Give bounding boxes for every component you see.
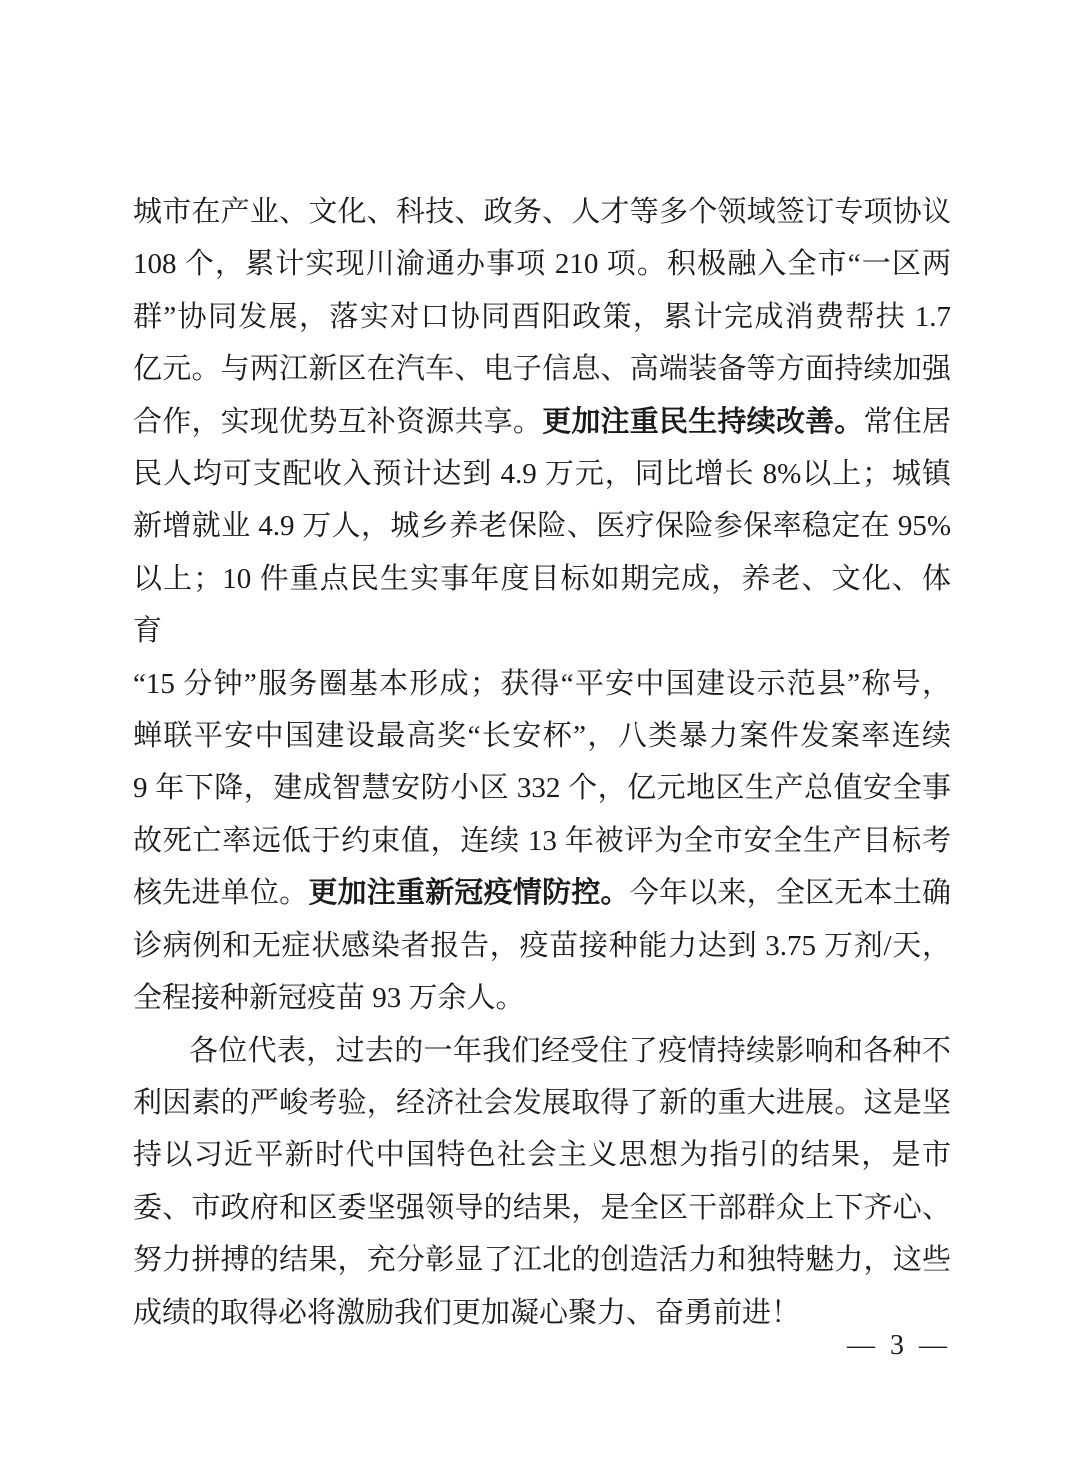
text-run: 亿元。与两江新区在汽车、电子信息、高端装备等方面持续加强 xyxy=(133,353,951,385)
text-run: 利因素的严峻考验，经济社会发展取得了新的重大进展。这是坚 xyxy=(133,1087,951,1119)
bold-text-run: 更加注重新冠疫情防控。 xyxy=(308,877,629,909)
text-line: 亿元。与两江新区在汽车、电子信息、高端装备等方面持续加强 xyxy=(133,343,951,395)
text-line: 核先进单位。更加注重新冠疫情防控。今年以来，全区无本土确 xyxy=(133,867,951,919)
text-run: 努力拼搏的结果，充分彰显了江北的创造活力和独特魅力，这些 xyxy=(133,1244,951,1276)
text-line: 108 个，累计实现川渝通办事项 210 项。积极融入全市“一区两 xyxy=(133,238,951,290)
text-run: 全程接种新冠疫苗 93 万余人。 xyxy=(133,982,525,1014)
text-run: 城市在产业、文化、科技、政务、人才等多个领域签订专项协议 xyxy=(133,196,951,228)
text-run: 常住居 xyxy=(864,406,951,438)
text-line: 蝉联平安中国建设最高奖“长安杯”，八类暴力案件发案率连续 xyxy=(133,710,951,762)
text-line: 故死亡率远低于约束值，连续 13 年被评为全市安全生产目标考 xyxy=(133,815,951,867)
text-run: 蝉联平安中国建设最高奖“长安杯”，八类暴力案件发案率连续 xyxy=(133,720,951,752)
text-line: 利因素的严峻考验，经济社会发展取得了新的重大进展。这是坚 xyxy=(133,1077,951,1129)
text-run: 新增就业 4.9 万人，城乡养老保险、医疗保险参保率稳定在 95% xyxy=(133,510,951,542)
text-line: 新增就业 4.9 万人，城乡养老保险、医疗保险参保率稳定在 95% xyxy=(133,500,951,552)
text-run: 成绩的取得必将激励我们更加凝心聚力、奋勇前进！ xyxy=(133,1297,800,1329)
text-line: 持以习近平新时代中国特色社会主义思想为指引的结果，是市 xyxy=(133,1129,951,1181)
text-run: 民人均可支配收入预计达到 4.9 万元，同比增长 8%以上；城镇 xyxy=(133,458,951,490)
text-run: 108 个，累计实现川渝通办事项 210 项。积极融入全市“一区两 xyxy=(133,248,951,280)
text-run: 持以习近平新时代中国特色社会主义思想为指引的结果，是市 xyxy=(133,1139,951,1171)
text-run: 故死亡率远低于约束值，连续 13 年被评为全市安全生产目标考 xyxy=(133,825,951,857)
text-run: 合作，实现优势互补资源共享。 xyxy=(133,406,542,438)
text-run: 群”协同发展，落实对口协同酉阳政策，累计完成消费帮扶 1.7 xyxy=(133,301,951,333)
page-number: — 3 — xyxy=(133,1330,951,1362)
text-line: 合作，实现优势互补资源共享。更加注重民生持续改善。常住居 xyxy=(133,396,951,448)
text-line: 群”协同发展，落实对口协同酉阳政策，累计完成消费帮扶 1.7 xyxy=(133,291,951,343)
document-page: 城市在产业、文化、科技、政务、人才等多个领域签订专项协议108 个，累计实现川渝… xyxy=(0,0,1074,1458)
text-run: 各位代表，过去的一年我们经受住了疫情持续影响和各种不 xyxy=(189,1035,951,1067)
text-block: 城市在产业、文化、科技、政务、人才等多个领域签订专项协议108 个，累计实现川渝… xyxy=(133,186,951,1339)
text-line: 民人均可支配收入预计达到 4.9 万元，同比增长 8%以上；城镇 xyxy=(133,448,951,500)
text-run: 9 年下降，建成智慧安防小区 332 个，亿元地区生产总值安全事 xyxy=(133,772,951,804)
text-line: 全程接种新冠疫苗 93 万余人。 xyxy=(133,972,951,1024)
text-line: 各位代表，过去的一年我们经受住了疫情持续影响和各种不 xyxy=(133,1025,951,1077)
text-line: “15 分钟”服务圈基本形成；获得“平安中国建设示范县”称号， xyxy=(133,658,951,710)
text-run: 诊病例和无症状感染者报告，疫苗接种能力达到 3.75 万剂/天， xyxy=(133,930,951,962)
text-run: “15 分钟”服务圈基本形成；获得“平安中国建设示范县”称号， xyxy=(133,668,951,700)
text-line: 诊病例和无症状感染者报告，疫苗接种能力达到 3.75 万剂/天， xyxy=(133,920,951,972)
text-line: 努力拼搏的结果，充分彰显了江北的创造活力和独特魅力，这些 xyxy=(133,1234,951,1286)
text-line: 9 年下降，建成智慧安防小区 332 个，亿元地区生产总值安全事 xyxy=(133,762,951,814)
text-run: 核先进单位。 xyxy=(133,877,308,909)
bold-text-run: 更加注重民生持续改善。 xyxy=(542,406,863,438)
text-run: 今年以来，全区无本土确 xyxy=(630,877,951,909)
text-line: 城市在产业、文化、科技、政务、人才等多个领域签订专项协议 xyxy=(133,186,951,238)
text-line: 委、市政府和区委坚强领导的结果，是全区干部群众上下齐心、 xyxy=(133,1182,951,1234)
text-line: 以上；10 件重点民生实事年度目标如期完成，养老、文化、体育 xyxy=(133,553,951,658)
text-run: 以上；10 件重点民生实事年度目标如期完成，养老、文化、体育 xyxy=(133,563,951,647)
text-run: 委、市政府和区委坚强领导的结果，是全区干部群众上下齐心、 xyxy=(133,1192,951,1224)
